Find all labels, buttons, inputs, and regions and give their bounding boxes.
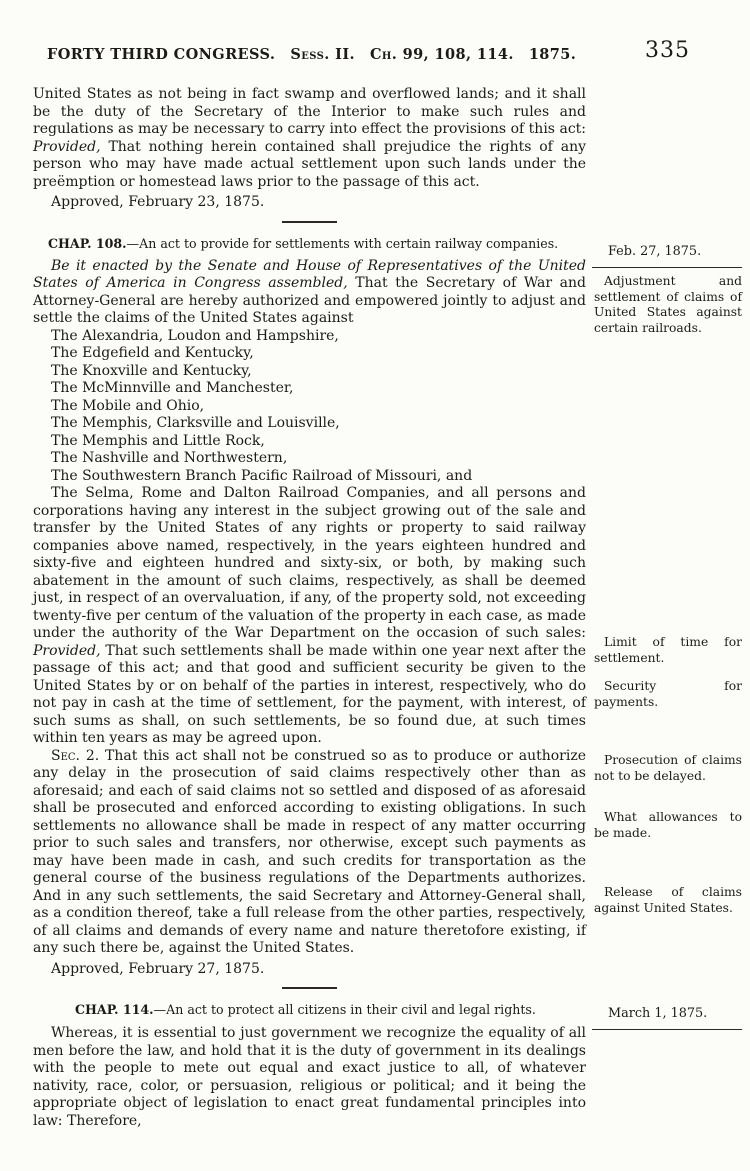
section-divider [282,221,337,223]
settlement-provided-italic: Provided, [33,643,101,659]
main-text-column: United States as not being in fact swamp… [33,86,586,1130]
railroad-item: The Memphis, Clarksville and Louisville, [33,415,586,433]
act108-approved-line: Approved, February 27, 1875. [33,961,586,979]
railroad-item: The Nashville and Northwestern, [33,450,586,468]
header-chapters: Ch. 99, 108, 114. [370,46,514,63]
settlement-text-start: The Selma, Rome and Dalton Railroad Comp… [33,485,586,641]
margin-note-adjustment: Adjustment and settlement of claims of U… [594,274,742,336]
chap108-heading: CHAP. 108.—An act to provide for settlem… [33,236,586,251]
chap114-title: —An act to protect all citizens in their… [154,1002,536,1017]
railroad-item: The Mobile and Ohio, [33,398,586,416]
running-header: FORTY THIRD CONGRESS.Sess. II.Ch. 99, 10… [47,46,650,63]
chap108-label: CHAP. 108. [48,236,127,251]
header-congress: FORTY THIRD CONGRESS. [47,46,275,63]
act99-approved-line: Approved, February 23, 1875. [33,194,586,212]
header-year: 1875. [529,46,576,63]
margin-note-time-limit: Limit of time for settlement. [594,635,742,666]
settlement-paragraph: The Selma, Rome and Dalton Railroad Comp… [33,485,586,748]
margin-note-prosecution: Prosecution of claims not to be delayed. [594,753,742,784]
railroad-item: The Edgefield and Kentucky, [33,345,586,363]
header-session: Sess. II. [290,46,355,63]
margin-note-allowances: What allowances to be made. [594,810,742,841]
margin-note-release: Release of claims against United States. [594,885,742,916]
chap108-title: —An act to provide for settlements with … [127,236,559,251]
margin-rule [592,1029,742,1030]
sec2-text: That this act shall not be construed so … [33,748,586,957]
margin-rule [592,267,742,268]
act99-text-start: United States as not being in fact swamp… [33,86,586,137]
section-divider [282,987,337,989]
whereas-paragraph: Whereas, it is essential to just governm… [33,1025,586,1130]
railroad-list: The Alexandria, Loudon and Hampshire, Th… [33,328,586,486]
sec2-label: Sec. 2. [51,748,99,764]
margin-note-date-108: Feb. 27, 1875. [594,244,742,260]
act99-provided-italic: Provided, [33,139,101,155]
railroad-item: The McMinnville and Manchester, [33,380,586,398]
margin-note-security: Security for payments. [594,679,742,710]
chap114-label: CHAP. 114. [75,1002,154,1017]
railroad-item: The Memphis and Little Rock, [33,433,586,451]
railroad-item: The Southwestern Branch Pacific Railroad… [33,468,586,486]
railroad-item: The Knoxville and Kentucky, [33,363,586,381]
act99-text-end: That nothing herein contained shall prej… [33,139,586,190]
chap114-heading: CHAP. 114.—An act to protect all citizen… [33,1002,586,1017]
settlement-text-end: That such settlements shall be made with… [33,643,586,747]
page-number: 335 [645,38,690,63]
act108-enacting-paragraph: Be it enacted by the Senate and House of… [33,258,586,328]
margin-note-date-114: March 1, 1875. [594,1006,742,1022]
act99-paragraph: United States as not being in fact swamp… [33,86,586,191]
railroad-item: The Alexandria, Loudon and Hampshire, [33,328,586,346]
sec2-paragraph: Sec. 2. That this act shall not be const… [33,748,586,958]
statute-page: FORTY THIRD CONGRESS.Sess. II.Ch. 99, 10… [0,0,750,1171]
